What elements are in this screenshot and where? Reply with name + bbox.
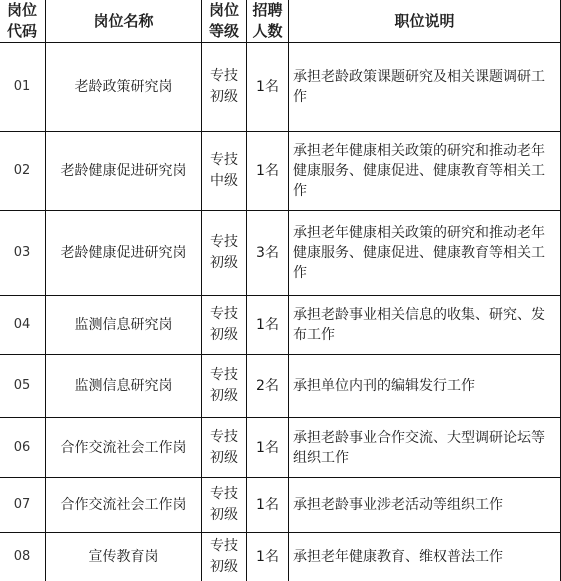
grade-line2: 中级 — [202, 171, 246, 192]
position-description: 承担老年健康相关政策的研究和推动老年健康服务、健康促进、健康教育等相关工作 — [289, 211, 561, 296]
hiring-count: 1名 — [247, 478, 289, 533]
header-row: 岗位 代码 岗位名称 岗位 等级 招聘 人数 职位说明 — [0, 0, 561, 43]
position-code: 05 — [0, 355, 46, 418]
position-code: 03 — [0, 211, 46, 296]
header-position-grade-line2: 等级 — [202, 21, 246, 42]
position-grade: 专技 初级 — [202, 418, 247, 478]
recruitment-positions-table: 岗位 代码 岗位名称 岗位 等级 招聘 人数 职位说明 01 老龄政策研究岗 — [0, 0, 561, 581]
position-code: 02 — [0, 132, 46, 211]
position-code: 04 — [0, 296, 46, 355]
position-name: 合作交流社会工作岗 — [46, 418, 202, 478]
recruitment-table-container: 岗位 代码 岗位名称 岗位 等级 招聘 人数 职位说明 01 老龄政策研究岗 — [0, 0, 560, 581]
header-position-code: 岗位 代码 — [0, 0, 46, 43]
position-description: 承担老年健康教育、维权普法工作 — [289, 533, 561, 581]
grade-line2: 初级 — [202, 386, 246, 407]
position-description: 承担老龄事业涉老活动等组织工作 — [289, 478, 561, 533]
grade-line2: 初级 — [202, 505, 246, 526]
position-grade: 专技 初级 — [202, 355, 247, 418]
position-grade: 专技 初级 — [202, 296, 247, 355]
hiring-count: 1名 — [247, 533, 289, 581]
position-name: 宣传教育岗 — [46, 533, 202, 581]
header-position-description: 职位说明 — [289, 0, 561, 43]
grade-line1: 专技 — [202, 536, 246, 557]
header-position-code-line2: 代码 — [0, 21, 45, 42]
hiring-count: 1名 — [247, 418, 289, 478]
position-description: 承担老龄事业相关信息的收集、研究、发布工作 — [289, 296, 561, 355]
header-position-name: 岗位名称 — [46, 0, 202, 43]
header-hiring-count-line1: 招聘 — [247, 0, 288, 21]
hiring-count: 1名 — [247, 296, 289, 355]
table-row: 07 合作交流社会工作岗 专技 初级 1名 承担老龄事业涉老活动等组织工作 — [0, 478, 561, 533]
header-position-grade-line1: 岗位 — [202, 0, 246, 21]
position-description: 承担单位内刊的编辑发行工作 — [289, 355, 561, 418]
table-row: 03 老龄健康促进研究岗 专技 初级 3名 承担老年健康相关政策的研究和推动老年… — [0, 211, 561, 296]
table-row: 04 监测信息研究岗 专技 初级 1名 承担老龄事业相关信息的收集、研究、发布工… — [0, 296, 561, 355]
header-position-code-line1: 岗位 — [0, 0, 45, 21]
grade-line1: 专技 — [202, 365, 246, 386]
position-description: 承担老龄事业合作交流、大型调研论坛等组织工作 — [289, 418, 561, 478]
position-name: 监测信息研究岗 — [46, 296, 202, 355]
position-name: 监测信息研究岗 — [46, 355, 202, 418]
table-row: 06 合作交流社会工作岗 专技 初级 1名 承担老龄事业合作交流、大型调研论坛等… — [0, 418, 561, 478]
position-description: 承担老年健康相关政策的研究和推动老年健康服务、健康促进、健康教育等相关工作 — [289, 132, 561, 211]
grade-line1: 专技 — [202, 66, 246, 87]
position-grade: 专技 初级 — [202, 533, 247, 581]
hiring-count: 1名 — [247, 43, 289, 132]
position-name: 合作交流社会工作岗 — [46, 478, 202, 533]
table-row: 05 监测信息研究岗 专技 初级 2名 承担单位内刊的编辑发行工作 — [0, 355, 561, 418]
position-grade: 专技 初级 — [202, 211, 247, 296]
position-code: 01 — [0, 43, 46, 132]
position-grade: 专技 初级 — [202, 478, 247, 533]
grade-line1: 专技 — [202, 484, 246, 505]
position-code: 07 — [0, 478, 46, 533]
header-hiring-count-line2: 人数 — [247, 21, 288, 42]
position-code: 06 — [0, 418, 46, 478]
hiring-count: 1名 — [247, 132, 289, 211]
header-hiring-count: 招聘 人数 — [247, 0, 289, 43]
position-grade: 专技 中级 — [202, 132, 247, 211]
hiring-count: 3名 — [247, 211, 289, 296]
grade-line2: 初级 — [202, 325, 246, 346]
position-name: 老龄健康促进研究岗 — [46, 132, 202, 211]
position-description: 承担老龄政策课题研究及相关课题调研工作 — [289, 43, 561, 132]
table-row: 02 老龄健康促进研究岗 专技 中级 1名 承担老年健康相关政策的研究和推动老年… — [0, 132, 561, 211]
header-position-grade: 岗位 等级 — [202, 0, 247, 43]
position-name: 老龄健康促进研究岗 — [46, 211, 202, 296]
grade-line1: 专技 — [202, 427, 246, 448]
grade-line1: 专技 — [202, 232, 246, 253]
grade-line2: 初级 — [202, 557, 246, 578]
grade-line2: 初级 — [202, 448, 246, 469]
table-row: 01 老龄政策研究岗 专技 初级 1名 承担老龄政策课题研究及相关课题调研工作 — [0, 43, 561, 132]
grade-line2: 初级 — [202, 253, 246, 274]
grade-line1: 专技 — [202, 304, 246, 325]
grade-line1: 专技 — [202, 150, 246, 171]
position-code: 08 — [0, 533, 46, 581]
position-name: 老龄政策研究岗 — [46, 43, 202, 132]
grade-line2: 初级 — [202, 87, 246, 108]
hiring-count: 2名 — [247, 355, 289, 418]
table-row: 08 宣传教育岗 专技 初级 1名 承担老年健康教育、维权普法工作 — [0, 533, 561, 581]
position-grade: 专技 初级 — [202, 43, 247, 132]
